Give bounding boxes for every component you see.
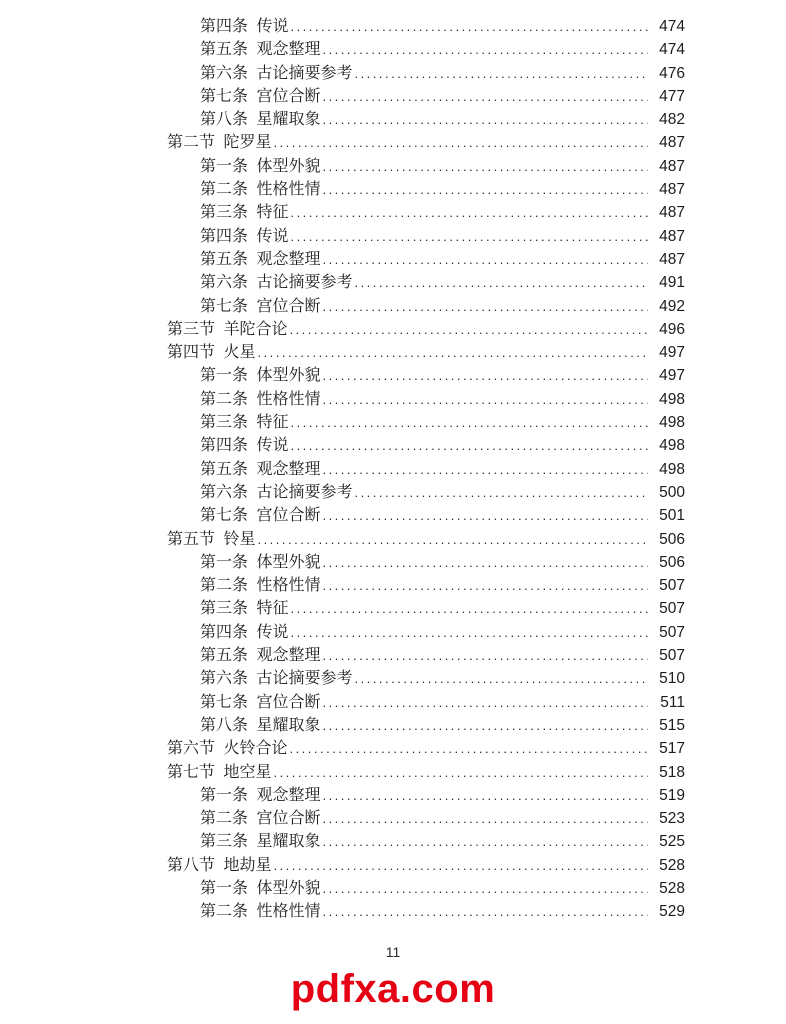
toc-entry-label: 第三条 星耀取象 <box>200 830 320 853</box>
toc-leader-dots: ........................................… <box>322 807 648 830</box>
toc-leader-dots: ........................................… <box>257 528 648 551</box>
toc-page-number: 507 <box>651 597 685 620</box>
toc-entry-label: 第二节 陀罗星 <box>167 131 271 154</box>
toc-page-number: 525 <box>651 830 685 853</box>
toc-entry-label: 第七条 宫位合断 <box>200 504 320 527</box>
toc-leader-dots: ........................................… <box>354 271 648 294</box>
toc-page-number: 487 <box>651 225 685 248</box>
toc-leader-dots: ........................................… <box>290 201 648 224</box>
toc-leader-dots: ........................................… <box>322 248 648 271</box>
toc-page-number: 498 <box>651 411 685 434</box>
toc-leader-dots: ........................................… <box>354 62 648 85</box>
toc-page-number: 498 <box>651 388 685 411</box>
toc-page-number: 517 <box>651 737 685 760</box>
toc-leader-dots: ........................................… <box>290 621 648 644</box>
toc-leader-dots: ........................................… <box>290 411 648 434</box>
toc-entry[interactable]: 第八条 星耀取象 ...............................… <box>0 714 685 737</box>
toc-leader-dots: ........................................… <box>354 481 648 504</box>
toc-leader-dots: ........................................… <box>273 761 648 784</box>
toc-entry[interactable]: 第七条 宫位合断 ...............................… <box>0 691 685 714</box>
toc-entry-label: 第三节 羊陀合论 <box>167 318 287 341</box>
toc-page-number: 523 <box>651 807 685 830</box>
toc-entry-label: 第四条 传说 <box>200 434 288 457</box>
toc-entry-label: 第六条 古论摘要参考 <box>200 271 352 294</box>
toc-page-number: 497 <box>651 364 685 387</box>
toc-page-number: 507 <box>651 644 685 667</box>
toc-page-number: 510 <box>651 667 685 690</box>
toc-entry[interactable]: 第六条 古论摘要参考 .............................… <box>0 271 685 294</box>
toc-entry-label: 第一条 体型外貌 <box>200 551 320 574</box>
toc-entry-label: 第八条 星耀取象 <box>200 714 320 737</box>
toc-entry[interactable]: 第一条 体型外貌 ...............................… <box>0 551 685 574</box>
toc-entry[interactable]: 第三条 特征 .................................… <box>0 597 685 620</box>
toc-entry-label: 第六条 古论摘要参考 <box>200 481 352 504</box>
toc-entry-label: 第五条 观念整理 <box>200 38 320 61</box>
toc-page-number: 529 <box>651 900 685 923</box>
toc-leader-dots: ........................................… <box>322 714 648 737</box>
toc-page-number: 518 <box>651 761 685 784</box>
toc-leader-dots: ........................................… <box>322 877 648 900</box>
toc-entry[interactable]: 第六条 古论摘要参考 .............................… <box>0 481 685 504</box>
toc-leader-dots: ........................................… <box>322 388 648 411</box>
toc-page-number: 492 <box>651 295 685 318</box>
toc-entry-label: 第二条 性格性情 <box>200 178 320 201</box>
toc-entry[interactable]: 第六条 古论摘要参考 .............................… <box>0 62 685 85</box>
toc-leader-dots: ........................................… <box>290 597 648 620</box>
toc-entry[interactable]: 第四节 火星 .................................… <box>0 341 685 364</box>
toc-entry[interactable]: 第一条 体型外貌 ...............................… <box>0 877 685 900</box>
toc-entry-label: 第二条 宫位合断 <box>200 807 320 830</box>
toc-page-number: 497 <box>651 341 685 364</box>
toc-page-number: 496 <box>651 318 685 341</box>
toc-entry-label: 第六条 古论摘要参考 <box>200 62 352 85</box>
toc-leader-dots: ........................................… <box>322 784 648 807</box>
toc-entry[interactable]: 第二条 性格性情 ...............................… <box>0 388 685 411</box>
toc-page-number: 487 <box>651 131 685 154</box>
toc-page-number: 501 <box>651 504 685 527</box>
toc-leader-dots: ........................................… <box>322 504 648 527</box>
toc-entry[interactable]: 第四条 传说 .................................… <box>0 434 685 457</box>
toc-entry-label: 第四节 火星 <box>167 341 255 364</box>
toc-page-number: 487 <box>651 201 685 224</box>
toc-entry[interactable]: 第四条 传说 .................................… <box>0 621 685 644</box>
toc-entry-label: 第四条 传说 <box>200 15 288 38</box>
toc-entry-label: 第一条 体型外貌 <box>200 877 320 900</box>
page-number: 11 <box>0 944 786 960</box>
toc-entry[interactable]: 第四条 传说 .................................… <box>0 225 685 248</box>
toc-page-number: 482 <box>651 108 685 131</box>
toc-entry-label: 第三条 特征 <box>200 201 288 224</box>
toc-entry-label: 第二条 性格性情 <box>200 574 320 597</box>
toc-entry[interactable]: 第二条 宫位合断 ...............................… <box>0 807 685 830</box>
toc-entry-label: 第八节 地劫星 <box>167 854 271 877</box>
table-of-contents: 第四条 传说 .................................… <box>0 15 685 924</box>
toc-entry[interactable]: 第五条 观念整理 ...............................… <box>0 38 685 61</box>
toc-entry-label: 第七条 宫位合断 <box>200 691 320 714</box>
toc-leader-dots: ........................................… <box>322 295 648 318</box>
toc-leader-dots: ........................................… <box>257 341 648 364</box>
toc-entry[interactable]: 第五节 铃星 .................................… <box>0 528 685 551</box>
toc-entry[interactable]: 第八条 星耀取象 ...............................… <box>0 108 685 131</box>
toc-entry[interactable]: 第六条 古论摘要参考 .............................… <box>0 667 685 690</box>
toc-entry-label: 第三条 特征 <box>200 597 288 620</box>
toc-entry[interactable]: 第三条 特征 .................................… <box>0 411 685 434</box>
toc-leader-dots: ........................................… <box>322 85 648 108</box>
toc-page-number: 487 <box>651 248 685 271</box>
toc-page-number: 498 <box>651 434 685 457</box>
toc-page-number: 474 <box>651 38 685 61</box>
toc-entry[interactable]: 第五条 观念整理 ...............................… <box>0 458 685 481</box>
toc-entry-label: 第六条 古论摘要参考 <box>200 667 352 690</box>
toc-leader-dots: ........................................… <box>290 225 648 248</box>
toc-entry-label: 第一条 观念整理 <box>200 784 320 807</box>
toc-leader-dots: ........................................… <box>322 691 648 714</box>
toc-entry[interactable]: 第一条 观念整理 ...............................… <box>0 784 685 807</box>
toc-leader-dots: ........................................… <box>322 574 648 597</box>
toc-entry-label: 第五条 观念整理 <box>200 458 320 481</box>
toc-entry-label: 第五节 铃星 <box>167 528 255 551</box>
toc-entry-label: 第六节 火铃合论 <box>167 737 287 760</box>
toc-entry[interactable]: 第五条 观念整理 ...............................… <box>0 644 685 667</box>
toc-entry[interactable]: 第三节 羊陀合论 ...............................… <box>0 318 685 341</box>
toc-leader-dots: ........................................… <box>273 131 648 154</box>
toc-page-number: 491 <box>651 271 685 294</box>
watermark-link[interactable]: pdfxa.com <box>0 967 786 1012</box>
toc-leader-dots: ........................................… <box>322 644 648 667</box>
toc-leader-dots: ........................................… <box>290 15 648 38</box>
toc-page-number: 498 <box>651 458 685 481</box>
toc-entry-label: 第七条 宫位合断 <box>200 85 320 108</box>
toc-entry-label: 第四条 传说 <box>200 621 288 644</box>
toc-leader-dots: ........................................… <box>354 667 648 690</box>
toc-page-number: 506 <box>651 528 685 551</box>
toc-page-number: 511 <box>651 691 685 714</box>
toc-entry[interactable]: 第一条 体型外貌 ...............................… <box>0 155 685 178</box>
toc-page-number: 487 <box>651 178 685 201</box>
toc-leader-dots: ........................................… <box>289 318 648 341</box>
toc-leader-dots: ........................................… <box>322 108 648 131</box>
toc-page-number: 507 <box>651 574 685 597</box>
toc-entry[interactable]: 第七条 宫位合断 ...............................… <box>0 504 685 527</box>
toc-entry-label: 第二条 性格性情 <box>200 900 320 923</box>
toc-entry[interactable]: 第五条 观念整理 ...............................… <box>0 248 685 271</box>
toc-page-number: 500 <box>651 481 685 504</box>
toc-entry[interactable]: 第二节 陀罗星 ................................… <box>0 131 685 154</box>
toc-entry[interactable]: 第一条 体型外貌 ...............................… <box>0 364 685 387</box>
toc-leader-dots: ........................................… <box>322 364 648 387</box>
toc-leader-dots: ........................................… <box>289 737 648 760</box>
toc-leader-dots: ........................................… <box>322 551 648 574</box>
toc-page-number: 477 <box>651 85 685 108</box>
toc-leader-dots: ........................................… <box>322 830 648 853</box>
toc-entry[interactable]: 第三条 特征 .................................… <box>0 201 685 224</box>
toc-entry[interactable]: 第二条 性格性情 ...............................… <box>0 900 685 923</box>
toc-entry[interactable]: 第四条 传说 .................................… <box>0 15 685 38</box>
toc-page-number: 487 <box>651 155 685 178</box>
toc-page-number: 474 <box>651 15 685 38</box>
toc-entry[interactable]: 第八节 地劫星 ................................… <box>0 854 685 877</box>
toc-entry[interactable]: 第二条 性格性情 ...............................… <box>0 178 685 201</box>
toc-page-number: 528 <box>651 877 685 900</box>
toc-entry[interactable]: 第二条 性格性情 ...............................… <box>0 574 685 597</box>
toc-leader-dots: ........................................… <box>273 854 648 877</box>
toc-leader-dots: ........................................… <box>322 900 648 923</box>
toc-leader-dots: ........................................… <box>322 458 648 481</box>
toc-entry-label: 第七节 地空星 <box>167 761 271 784</box>
toc-page-number: 507 <box>651 621 685 644</box>
toc-entry-label: 第二条 性格性情 <box>200 388 320 411</box>
toc-entry[interactable]: 第三条 星耀取象 ...............................… <box>0 830 685 853</box>
toc-page-number: 506 <box>651 551 685 574</box>
toc-entry[interactable]: 第七条 宫位合断 ...............................… <box>0 295 685 318</box>
toc-leader-dots: ........................................… <box>322 155 648 178</box>
toc-page-number: 476 <box>651 62 685 85</box>
toc-leader-dots: ........................................… <box>290 434 648 457</box>
toc-entry-label: 第一条 体型外貌 <box>200 364 320 387</box>
toc-entry-label: 第四条 传说 <box>200 225 288 248</box>
toc-entry[interactable]: 第七条 宫位合断 ...............................… <box>0 85 685 108</box>
toc-entry-label: 第五条 观念整理 <box>200 644 320 667</box>
toc-page-number: 519 <box>651 784 685 807</box>
toc-entry-label: 第七条 宫位合断 <box>200 295 320 318</box>
toc-entry[interactable]: 第七节 地空星 ................................… <box>0 761 685 784</box>
toc-entry-label: 第八条 星耀取象 <box>200 108 320 131</box>
toc-page-number: 528 <box>651 854 685 877</box>
toc-entry-label: 第一条 体型外貌 <box>200 155 320 178</box>
toc-page-number: 515 <box>651 714 685 737</box>
toc-entry-label: 第五条 观念整理 <box>200 248 320 271</box>
toc-leader-dots: ........................................… <box>322 38 648 61</box>
toc-entry-label: 第三条 特征 <box>200 411 288 434</box>
toc-leader-dots: ........................................… <box>322 178 648 201</box>
toc-entry[interactable]: 第六节 火铃合论 ...............................… <box>0 737 685 760</box>
